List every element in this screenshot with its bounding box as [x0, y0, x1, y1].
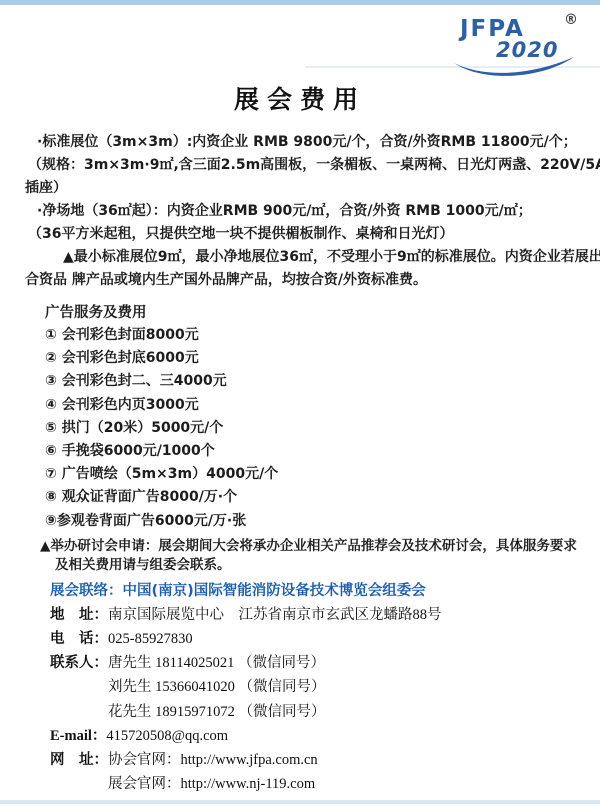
- booth-minimum-note-cont: 合资品 牌产品或境内生产国外品牌产品，均按合资/外资标准费。: [25, 269, 590, 292]
- contact-row-email: E-mail： 415720508@qq.com: [50, 724, 600, 748]
- contact-person-3: 花先生 18915971072 （微信同号）: [108, 700, 326, 724]
- bottom-accent-bar: [0, 800, 600, 804]
- top-accent-bar: [0, 0, 600, 5]
- ads-item-9: ⑨参观卷背面广告6000元/万·张: [45, 510, 600, 533]
- booth-rawspace-note: （36平方米起租，只提供空地一块不提供楣板制作、桌椅和日光灯）: [25, 223, 590, 246]
- registered-trademark-icon: ®: [564, 12, 578, 28]
- booth-minimum-note: ▲最小标准展位9㎡，最小净地展位36㎡，不受理小于9㎡的标准展位。内资企业若展出…: [25, 246, 590, 269]
- jfpa-logo: JFPA ® 2020: [452, 14, 580, 76]
- phone-label: 电 话：: [50, 627, 108, 651]
- booth-standard-line: ·标准展位（3m×3m）:内资企业 RMB 9800元/个，合资/外资RMB 1…: [25, 131, 590, 154]
- ads-item-5: ⑤ 拱门（20米）5000元/个: [45, 417, 600, 440]
- exhibition-website: 展会官网：http://www.nj-119.com: [108, 772, 318, 796]
- ads-item-8: ⑧ 观众证背面广告8000/万·个: [45, 486, 600, 509]
- email-value: 415720508@qq.com: [106, 724, 228, 748]
- booth-spec-line-cont: 插座）: [25, 177, 590, 200]
- ads-item-4: ④ 会刊彩色内页3000元: [45, 394, 600, 417]
- booth-fee-section: ·标准展位（3m×3m）:内资企业 RMB 9800元/个，合资/外资RMB 1…: [25, 131, 590, 292]
- ads-item-3: ③ 会刊彩色封二、三4000元: [45, 370, 600, 393]
- ads-item-1: ① 会刊彩色封面8000元: [45, 324, 600, 347]
- address-label: 地 址：: [50, 603, 108, 627]
- ads-item-2: ② 会刊彩色封底6000元: [45, 347, 600, 370]
- contact-row-phone: 电 话： 025-85927830: [50, 627, 600, 651]
- booth-rawspace-line: ·净场地（36㎡起）：内资企业RMB 900元/㎡，合资/外资 RMB 1000…: [25, 200, 590, 223]
- contact-person-1: 唐先生 18114025021 （微信同号）: [108, 651, 326, 675]
- contacts-label: 联系人：: [50, 651, 108, 724]
- ads-section-heading: 广告服务及费用: [45, 301, 600, 322]
- website-label: 网 址：: [50, 748, 108, 796]
- ads-list: ① 会刊彩色封面8000元 ② 会刊彩色封底6000元 ③ 会刊彩色封二、三40…: [0, 324, 600, 533]
- address-value: 南京国际展览中心 江苏省南京市玄武区龙蟠路88号: [108, 603, 442, 627]
- contact-person-2: 刘先生 15366041020 （微信同号）: [108, 675, 326, 699]
- contact-row-websites: 网 址： 协会官网：http://www.jfpa.com.cn 展会官网：ht…: [50, 748, 600, 796]
- contact-heading: 展会联络：中国(南京)国际智能消防设备技术博览会组委会: [50, 579, 600, 603]
- document-page: JFPA ® 2020 展会费用 ·标准展位（3m×3m）:内资企业 RMB 9…: [0, 0, 600, 809]
- email-label: E-mail：: [50, 724, 106, 748]
- contact-section: 展会联络：中国(南京)国际智能消防设备技术博览会组委会 地 址： 南京国际展览中…: [50, 579, 600, 797]
- seminar-note: ▲举办研讨会申请：展会期间大会将承办企业相关产品推荐会及技术研讨会，具体服务要求…: [40, 537, 578, 576]
- booth-spec-line: （规格：3m×3m·9㎡,含三面2.5m高围板，一条楣板、一桌两椅、日光灯两盏、…: [25, 154, 590, 177]
- ads-item-7: ⑦ 广告喷绘（5m×3m）4000元/个: [45, 463, 600, 486]
- phone-value: 025-85927830: [108, 627, 193, 651]
- contact-row-address: 地 址： 南京国际展览中心 江苏省南京市玄武区龙蟠路88号: [50, 603, 600, 627]
- contact-row-persons: 联系人： 唐先生 18114025021 （微信同号） 刘先生 15366041…: [50, 651, 600, 724]
- association-website: 协会官网：http://www.jfpa.com.cn: [108, 748, 318, 772]
- ads-item-6: ⑥ 手挽袋6000元/1000个: [45, 440, 600, 463]
- logo-swoosh-icon: [452, 56, 580, 76]
